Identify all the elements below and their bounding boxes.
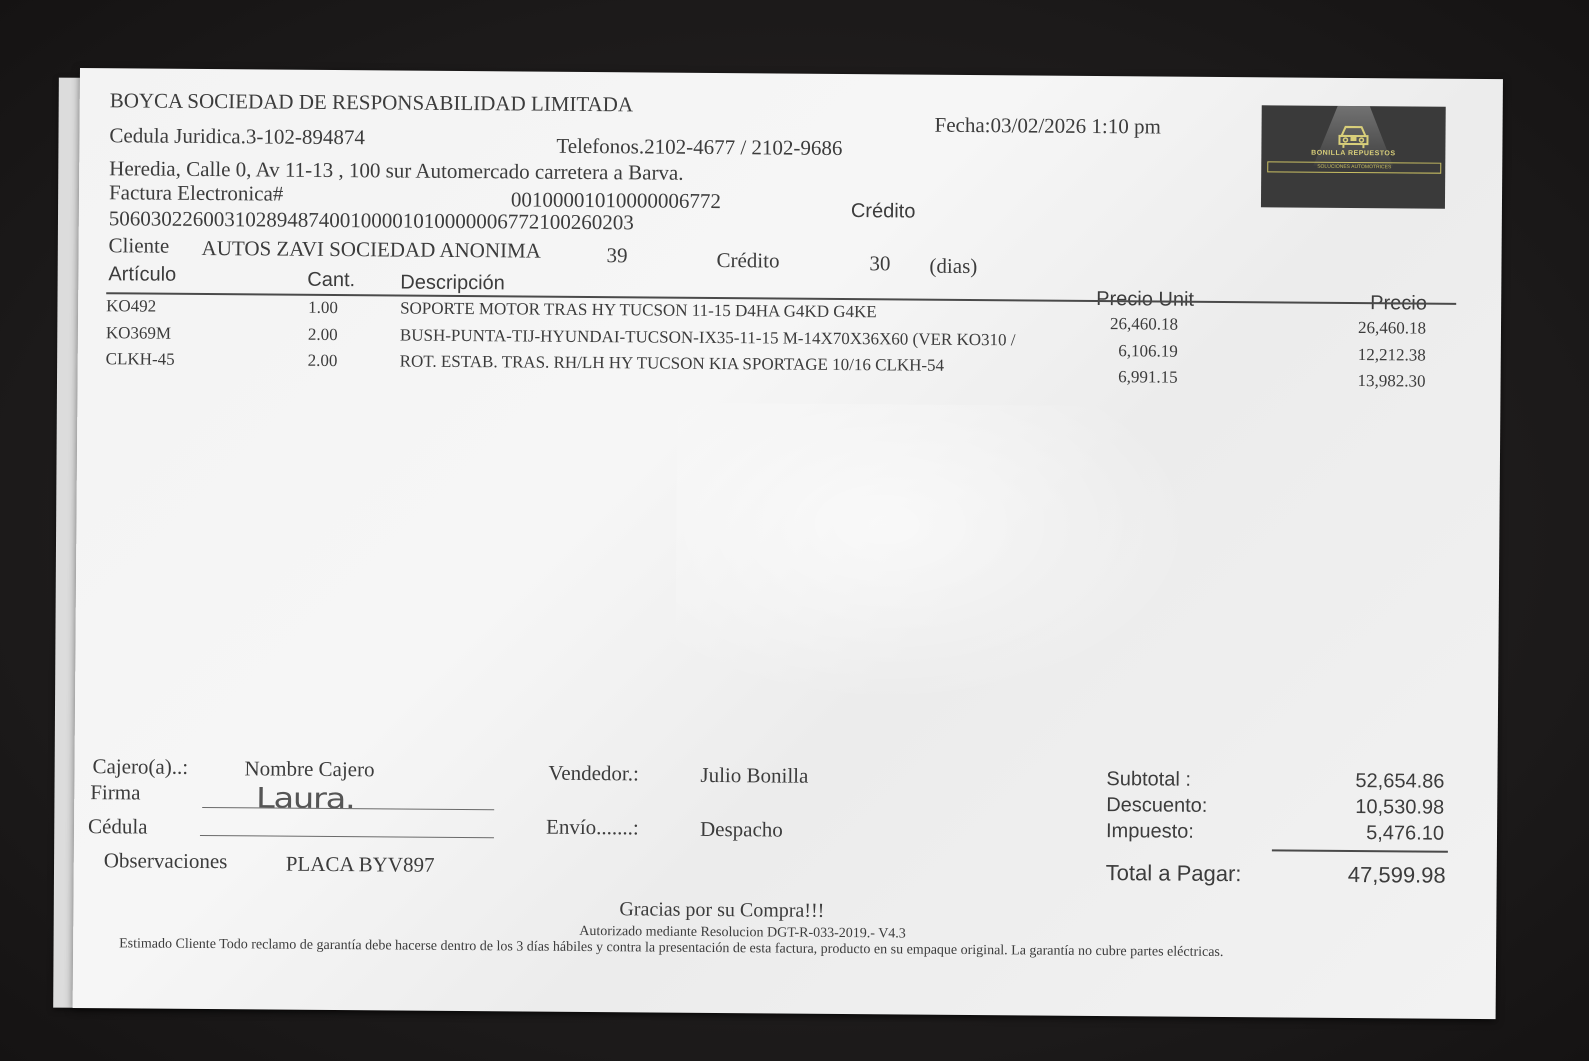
cell-precio: 12,212.38: [1308, 344, 1426, 365]
factura-label: Factura Electronica#: [109, 180, 284, 206]
envio-value: Despacho: [700, 817, 783, 843]
car-icon: [1335, 122, 1371, 150]
logo-brand-text: BONILLA REPUESTOS: [1261, 149, 1445, 157]
total-value: 47,599.98: [1284, 861, 1446, 888]
warranty-text: Estimado Cliente Todo reclamo de garantí…: [119, 936, 1223, 961]
client-label: Cliente: [109, 233, 170, 258]
observaciones-value: PLACA BYV897: [286, 852, 435, 878]
client-credit-label: Crédito: [716, 248, 779, 273]
client-credit-days: 30: [869, 251, 890, 276]
subtotal-value: 52,654.86: [1304, 770, 1444, 794]
line-items: KO4921.00SOPORTE MOTOR TRAS HY TUCSON 11…: [80, 68, 1503, 79]
factura-clave: 5060302260031028948740010000101000000677…: [109, 206, 634, 235]
impuesto-label: Impuesto:: [1106, 820, 1194, 844]
cell-articulo: KO492: [106, 296, 156, 316]
cell-descripcion: ROT. ESTAB. TRAS. RH/LH HY TUCSON KIA SP…: [400, 352, 945, 376]
cell-cant: 1.00: [308, 298, 338, 318]
invoice-date: Fecha:03/02/2026 1:10 pm: [934, 113, 1161, 140]
client-days-label: (dias): [929, 254, 977, 279]
descuento-label: Descuento:: [1106, 794, 1207, 818]
cell-precio: 26,460.18: [1308, 318, 1426, 339]
cell-precio-unit: 6,991.15: [1068, 367, 1178, 388]
cell-descripcion: SOPORTE MOTOR TRAS HY TUCSON 11-15 D4HA …: [400, 299, 877, 323]
paper-crease: [675, 403, 1197, 707]
company-name: BOYCA SOCIEDAD DE RESPONSABILIDAD LIMITA…: [110, 88, 634, 117]
cell-precio-unit: 6,106.19: [1068, 340, 1178, 361]
descuento-value: 10,530.98: [1304, 796, 1444, 820]
cell-descripcion: BUSH-PUNTA-TIJ-HYUNDAI-TUCSON-IX35-11-15…: [400, 325, 1016, 350]
impuesto-value: 5,476.10: [1304, 822, 1444, 846]
envio-label: Envío.......:: [546, 815, 639, 841]
cajero-value: Nombre Cajero: [244, 756, 374, 782]
company-cedula: Cedula Juridica.3-102-894874: [109, 123, 365, 150]
logo-tagline: SOLUCIONES AUTOMOTRICES: [1267, 161, 1441, 173]
table-row: KO369M2.00BUSH-PUNTA-TIJ-HYUNDAI-TUCSON-…: [80, 68, 1503, 79]
vendedor-label: Vendedor.:: [548, 761, 639, 787]
col-header-articulo: Artículo: [108, 263, 176, 287]
cell-cant: 2.00: [308, 324, 338, 344]
thanks-message: Gracias por su Compra!!!: [619, 898, 824, 923]
firma-label: Firma: [90, 780, 140, 805]
subtotal-label: Subtotal :: [1106, 768, 1191, 792]
signature-handwritten: Laura.: [256, 781, 355, 815]
cedula-label: Cédula: [88, 814, 148, 839]
cell-articulo: CLKH-45: [106, 349, 175, 370]
cell-precio: 13,982.30: [1308, 371, 1426, 392]
client-name: AUTOS ZAVI SOCIEDAD ANONIMA: [201, 236, 541, 264]
table-row: KO4921.00SOPORTE MOTOR TRAS HY TUCSON 11…: [80, 68, 1503, 79]
observaciones-label: Observaciones: [104, 848, 228, 874]
vendedor-value: Julio Bonilla: [700, 763, 808, 789]
col-header-descripcion: Descripción: [400, 272, 505, 296]
cajero-label: Cajero(a)..:: [92, 754, 188, 780]
client-code: 39: [606, 243, 627, 268]
cell-articulo: KO369M: [106, 323, 171, 344]
total-label: Total a Pagar:: [1106, 860, 1242, 887]
company-phones: Telefonos.2102-4677 / 2102-9686: [556, 134, 842, 161]
company-logo: BONILLA REPUESTOS SOLUCIONES AUTOMOTRICE…: [1261, 105, 1446, 208]
col-header-cant: Cant.: [307, 269, 355, 292]
totals-rule: [1272, 849, 1448, 852]
cedula-line: [200, 835, 494, 838]
invoice-paper: BOYCA SOCIEDAD DE RESPONSABILIDAD LIMITA…: [73, 68, 1503, 1019]
table-row: CLKH-452.00ROT. ESTAB. TRAS. RH/LH HY TU…: [80, 68, 1503, 79]
cell-precio-unit: 26,460.18: [1068, 314, 1178, 335]
cell-cant: 2.00: [308, 351, 338, 371]
invoice-condition: Crédito: [851, 200, 916, 224]
